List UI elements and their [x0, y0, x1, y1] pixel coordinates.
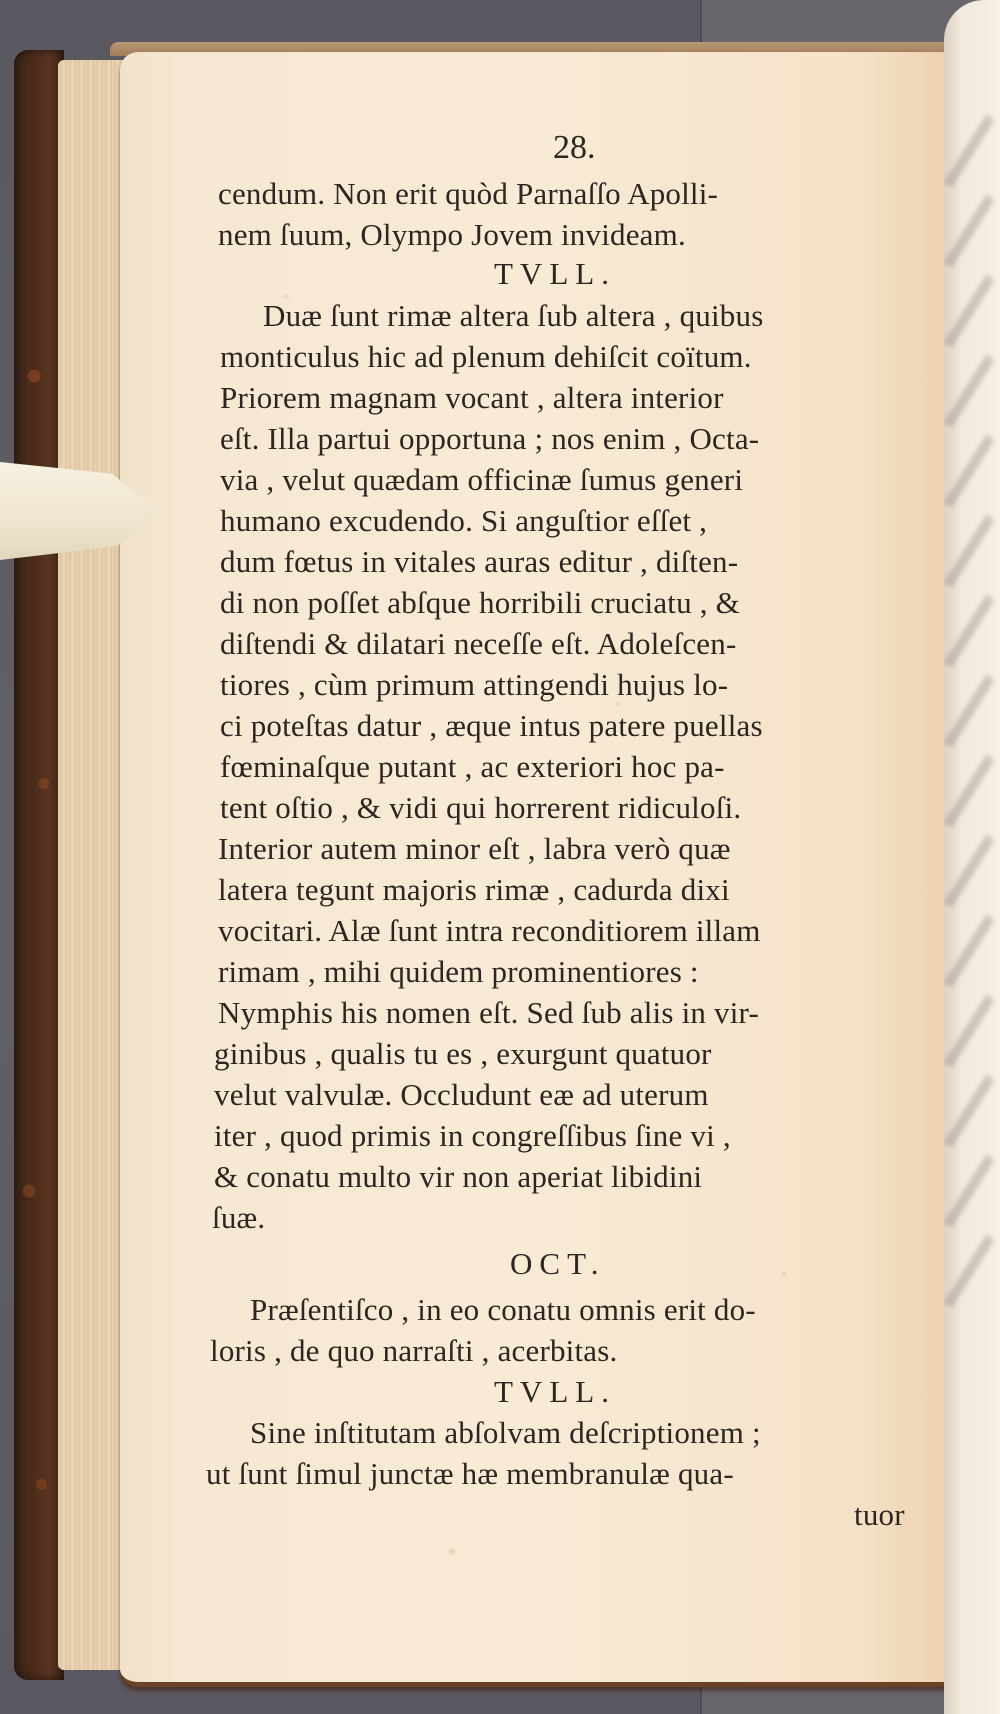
text-line: iter , quod primis in congreſſibus ſine … — [214, 1117, 731, 1155]
blurred-text-line — [944, 435, 995, 508]
text-line: rimam , mihi quidem prominentiores : — [218, 953, 699, 991]
blurred-text-line — [944, 915, 995, 988]
text-line: nem ſuum, Olympo Jovem invideam. — [218, 216, 686, 254]
page-edges — [58, 60, 128, 1670]
text-line: via , velut quædam officinæ ſumus generi — [220, 461, 743, 499]
speaker-heading-tull: TVLL. — [494, 255, 616, 293]
blurred-text-line — [944, 195, 995, 268]
text-line: vocitari. Alæ ſunt intra reconditiorem i… — [218, 912, 761, 950]
blurred-text-line — [944, 995, 995, 1068]
facing-page-blurred — [944, 0, 1000, 1714]
speaker-heading-oct: OCT. — [510, 1245, 605, 1283]
blurred-text-line — [944, 1155, 995, 1228]
text-line: diſtendi & dilatari neceſſe eſt. Adoleſc… — [220, 625, 736, 663]
blurred-text-line — [944, 275, 995, 348]
text-line: ginibus , qualis tu es , exurgunt quatuo… — [214, 1035, 712, 1073]
text-line: ci poteſtas datur , æque intus patere pu… — [220, 707, 763, 745]
text-line: Nymphis his nomen eſt. Sed ſub alis in v… — [218, 994, 759, 1032]
text-line: Duæ ſunt rimæ altera ſub altera , quibus — [263, 297, 763, 335]
text-line: latera tegunt majoris rimæ , cadurda dix… — [218, 871, 730, 909]
text-line: velut valvulæ. Occludunt eæ ad uterum — [214, 1076, 709, 1114]
text-line: Præſentiſco , in eo conatu omnis erit do… — [250, 1291, 756, 1329]
text-line: monticulus hic ad plenum dehiſcit coïtum… — [220, 338, 752, 376]
blurred-text-line — [944, 355, 995, 428]
text-line: ut ſunt ſimul junctæ hæ membranulæ qua- — [206, 1455, 734, 1493]
blurred-text-line — [944, 755, 995, 828]
blurred-text-line — [944, 835, 995, 908]
text-line: & conatu multo vir non aperiat libidini — [214, 1158, 702, 1196]
blurred-text-line — [944, 115, 995, 188]
text-line: eſt. Illa partui opportuna ; nos enim , … — [220, 420, 759, 458]
speaker-heading-tull: TVLL. — [494, 1373, 616, 1411]
page-number: 28. — [553, 128, 596, 168]
text-line: ſuæ. — [212, 1199, 265, 1237]
text-line: tiores , cùm primum attingendi hujus lo- — [220, 666, 728, 704]
text-line: Priorem magnam vocant , altera interior — [220, 379, 724, 417]
text-line: Interior autem minor eſt , labra verò qu… — [218, 830, 731, 868]
text-line: fœminaſque putant , ac exteriori hoc pa- — [220, 748, 725, 786]
leather-binding — [14, 50, 64, 1680]
catchword: tuor — [854, 1496, 905, 1534]
text-line: cendum. Non erit quòd Parnaſſo Apolli- — [218, 175, 718, 213]
text-line: dum fœtus in vitales auras editur , diſt… — [220, 543, 738, 581]
text-line: di non poſſet abſque horribili cruciatu … — [220, 584, 740, 622]
text-line: humano excudendo. Si anguſtior eſſet , — [220, 502, 707, 540]
blurred-text-line — [944, 1235, 995, 1308]
text-line: loris , de quo narraſti , acerbitas. — [210, 1332, 617, 1370]
blurred-text-line — [944, 595, 995, 668]
blurred-text-line — [944, 1075, 995, 1148]
blurred-text-line — [944, 675, 995, 748]
text-line: tent oſtio , & vidi qui horrerent ridicu… — [220, 789, 741, 827]
text-line: Sine inſtitutam abſolvam deſcriptionem ; — [250, 1414, 761, 1452]
blurred-text-line — [944, 515, 995, 588]
